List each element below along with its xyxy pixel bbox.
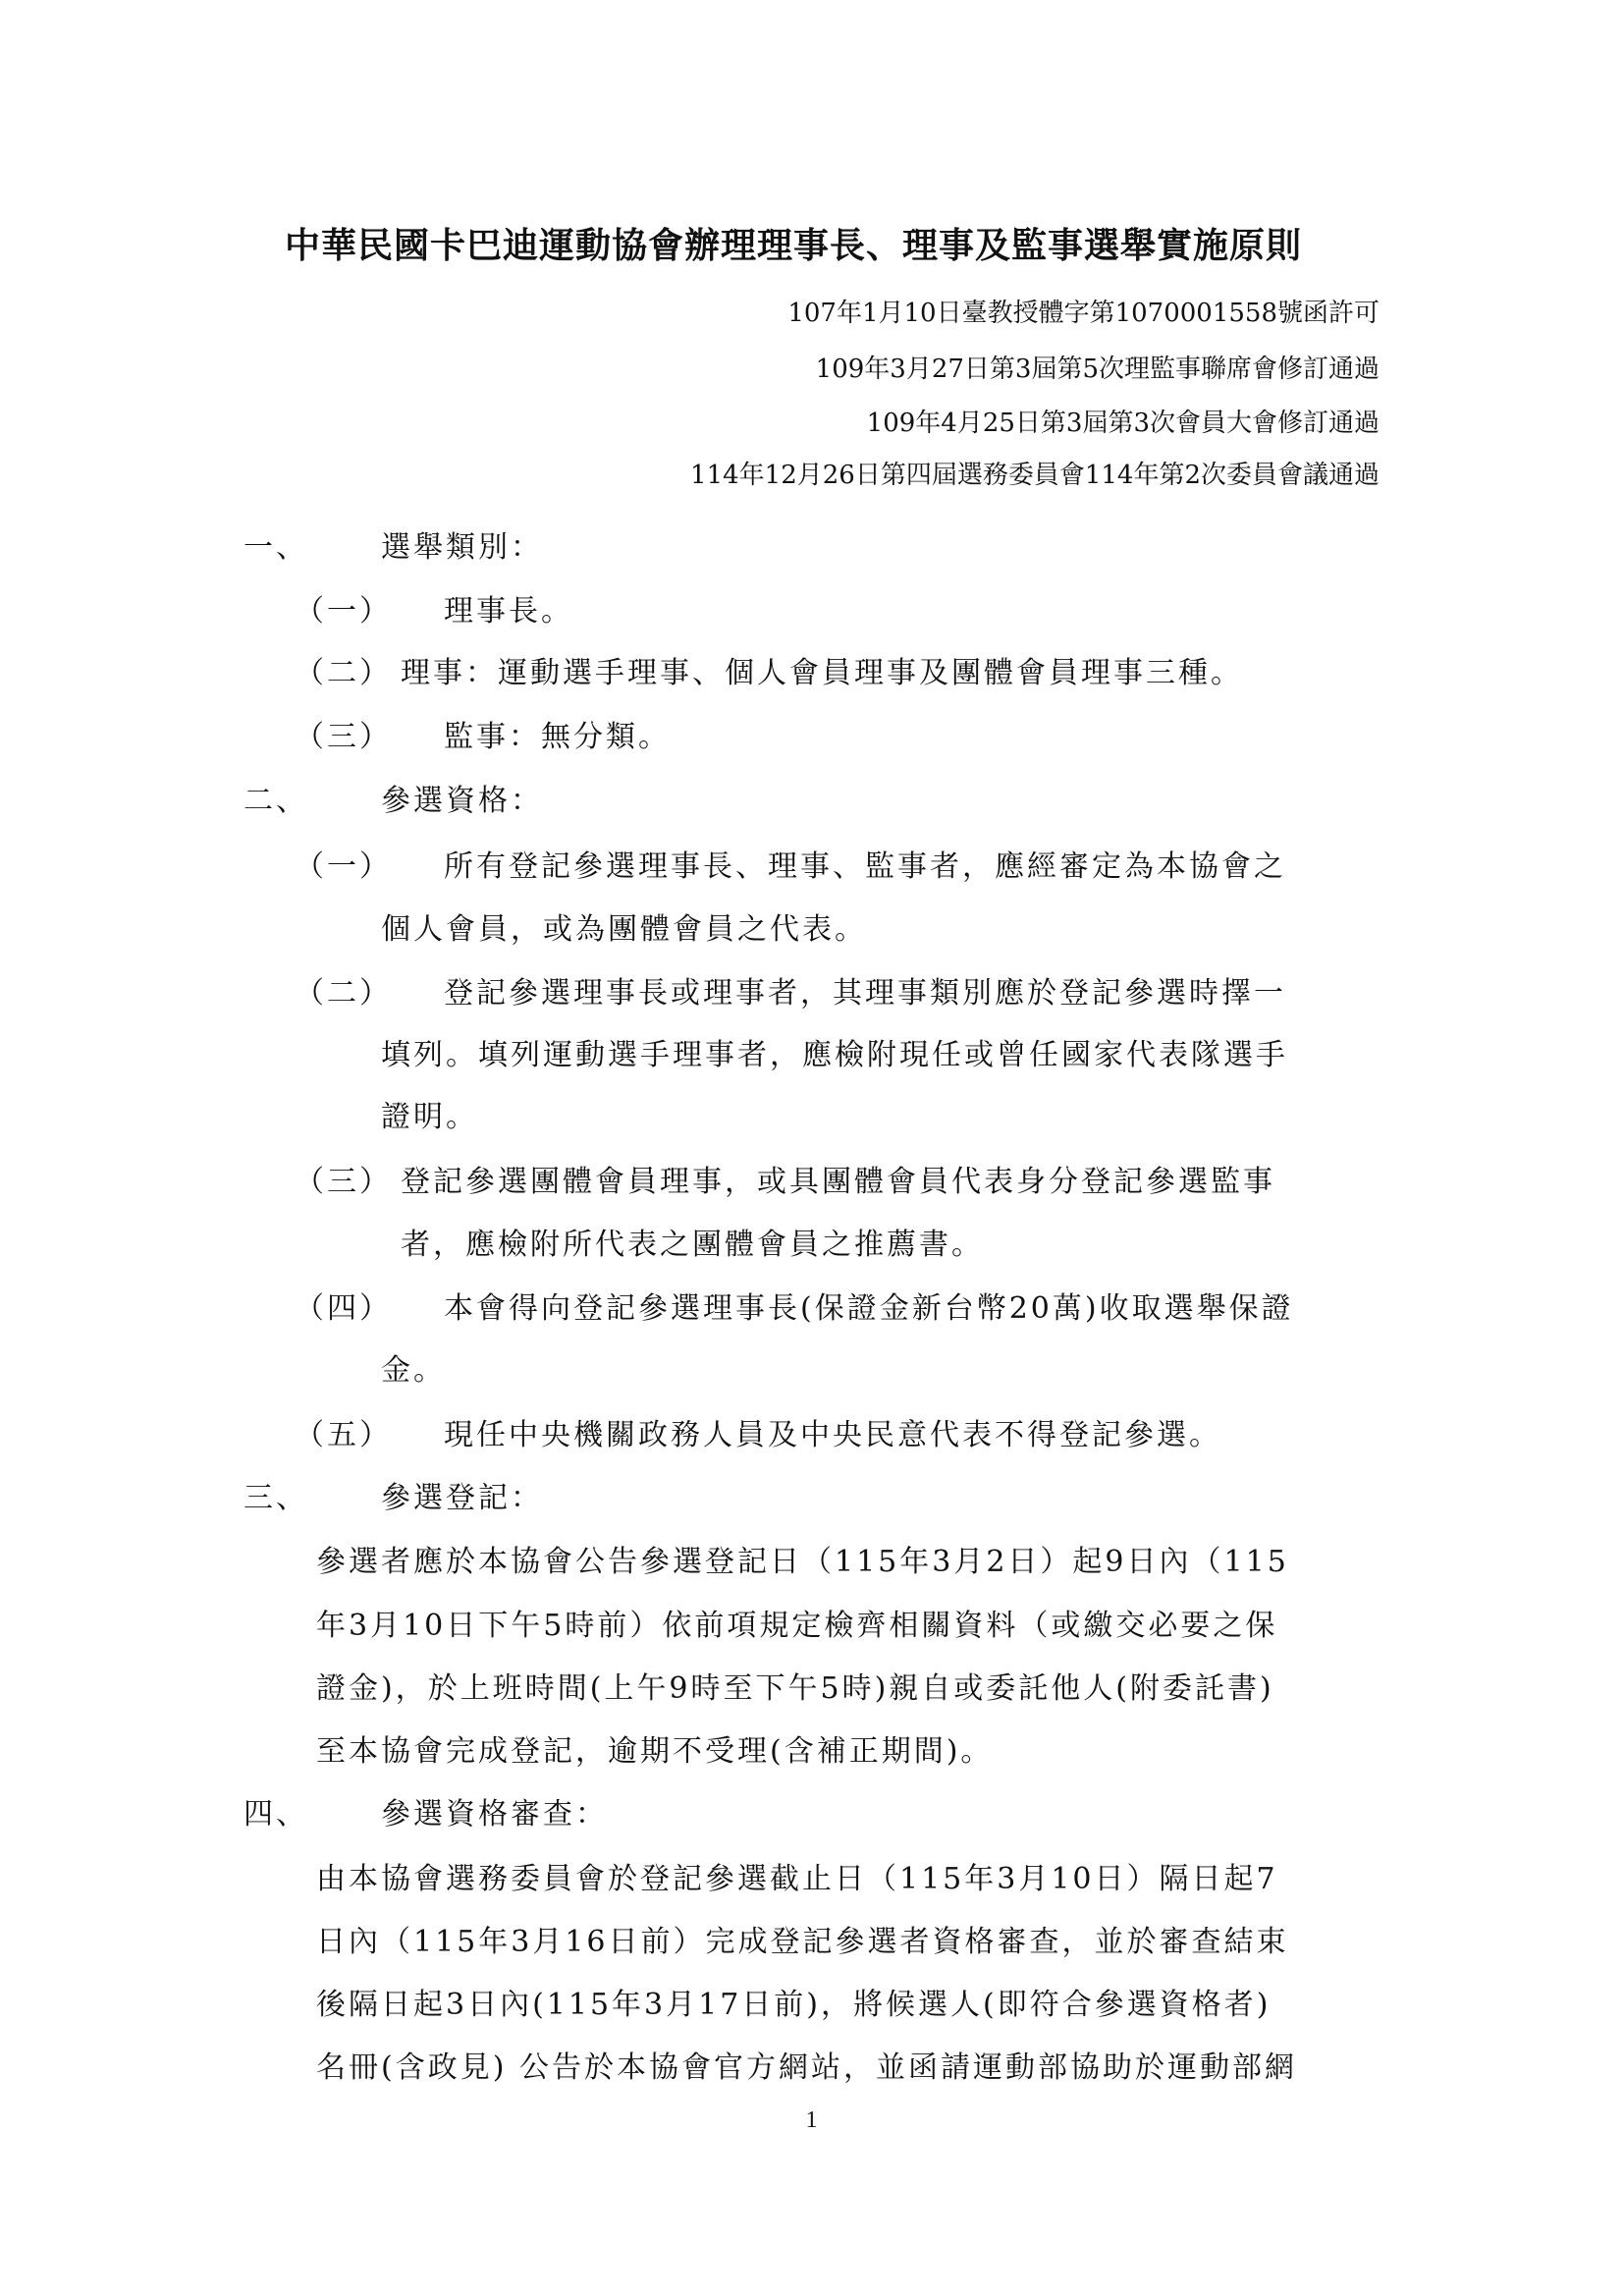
document-title: 中華民國卡巴迪運動協會辦理理事長、理事及監事選舉實施原則 [285,218,1302,268]
history-line: 109年4月25日第3屆第3次會員大會修訂通過 [867,403,1380,439]
paragraph-line: 年3月10日下午5時前）依前項規定檢齊相關資料（或繳交必要之保 [316,1601,1277,1644]
item-text: 理事：運動選手理事、個人會員理事及團體會員理事三種。 [401,648,1243,691]
section-heading: 參選資格審查： [381,1789,608,1832]
paragraph-line: 日內（115年3月16日前）完成登記參選者資格審查，並於審查結束 [316,1917,1289,1960]
paragraph-line: 名冊(含政見) 公告於本協會官方網站，並函請運動部協助於運動部網 [316,2043,1297,2086]
item-number: （一） [295,842,392,885]
paragraph-line: 後隔日起3日內(115年3月17日前)，將候選人(即符合參選資格者) [316,1980,1271,2023]
section-heading: 參選登記： [381,1473,543,1516]
item-text: 理事長。 [444,586,573,629]
history-line: 114年12月26日第四屆選務委員會114年第2次委員會議通過 [690,455,1380,491]
section-number: 三、 [243,1473,308,1516]
item-text: 填列。填列運動選手理事者，應檢附現任或曾任國家代表隊選手 [381,1030,1288,1073]
item-text: 者，應檢附所代表之團體會員之推薦書。 [401,1220,984,1263]
item-number: （三） [295,1157,392,1200]
section-number: 四、 [243,1789,308,1832]
item-text: 個人會員，或為團體會員之代表。 [381,904,867,948]
paragraph-line: 至本協會完成登記，逾期不受理(含補正期間)。 [316,1726,993,1770]
section-number: 一、 [243,522,308,566]
item-number: （五） [295,1410,392,1453]
item-text: 監事：無分類。 [444,712,671,755]
section-heading: 參選資格： [381,776,543,819]
item-number: （二） [295,968,392,1011]
item-number: （一） [295,586,392,629]
item-text: 證明。 [381,1092,478,1135]
history-line: 109年3月27日第3屆第5次理監事聯席會修訂通過 [816,349,1380,385]
history-line: 107年1月10日臺教授體字第1070001558號函許可 [787,293,1380,329]
item-text: 登記參選理事長或理事者，其理事類別應於登記參選時擇一 [444,968,1286,1011]
paragraph-line: 證金)，於上班時間(上午9時至下午5時)親自或委託他人(附委託書) [316,1664,1274,1707]
page-number: 1 [0,2107,1623,2134]
item-text: 所有登記參選理事長、理事、監事者，應經審定為本協會之 [444,842,1286,885]
item-number: （二） [295,648,392,691]
item-text: 登記參選團體會員理事，或具團體會員代表身分登記參選監事 [401,1157,1275,1200]
item-number: （四） [295,1284,392,1327]
item-text: 現任中央機關政務人員及中央民意代表不得登記參選。 [444,1410,1221,1453]
item-number: （三） [295,712,392,755]
paragraph-line: 參選者應於本協會公告參選登記日（115年3月2日）起9日內（115 [316,1537,1289,1580]
section-number: 二、 [243,776,308,819]
item-text: 本會得向登記參選理事長(保證金新台幣20萬)收取選舉保證 [444,1284,1294,1327]
item-text: 金。 [381,1345,446,1389]
paragraph-line: 由本協會選務委員會於登記參選截止日（115年3月10日）隔日起7 [316,1854,1278,1897]
section-heading: 選舉類別： [381,522,543,566]
